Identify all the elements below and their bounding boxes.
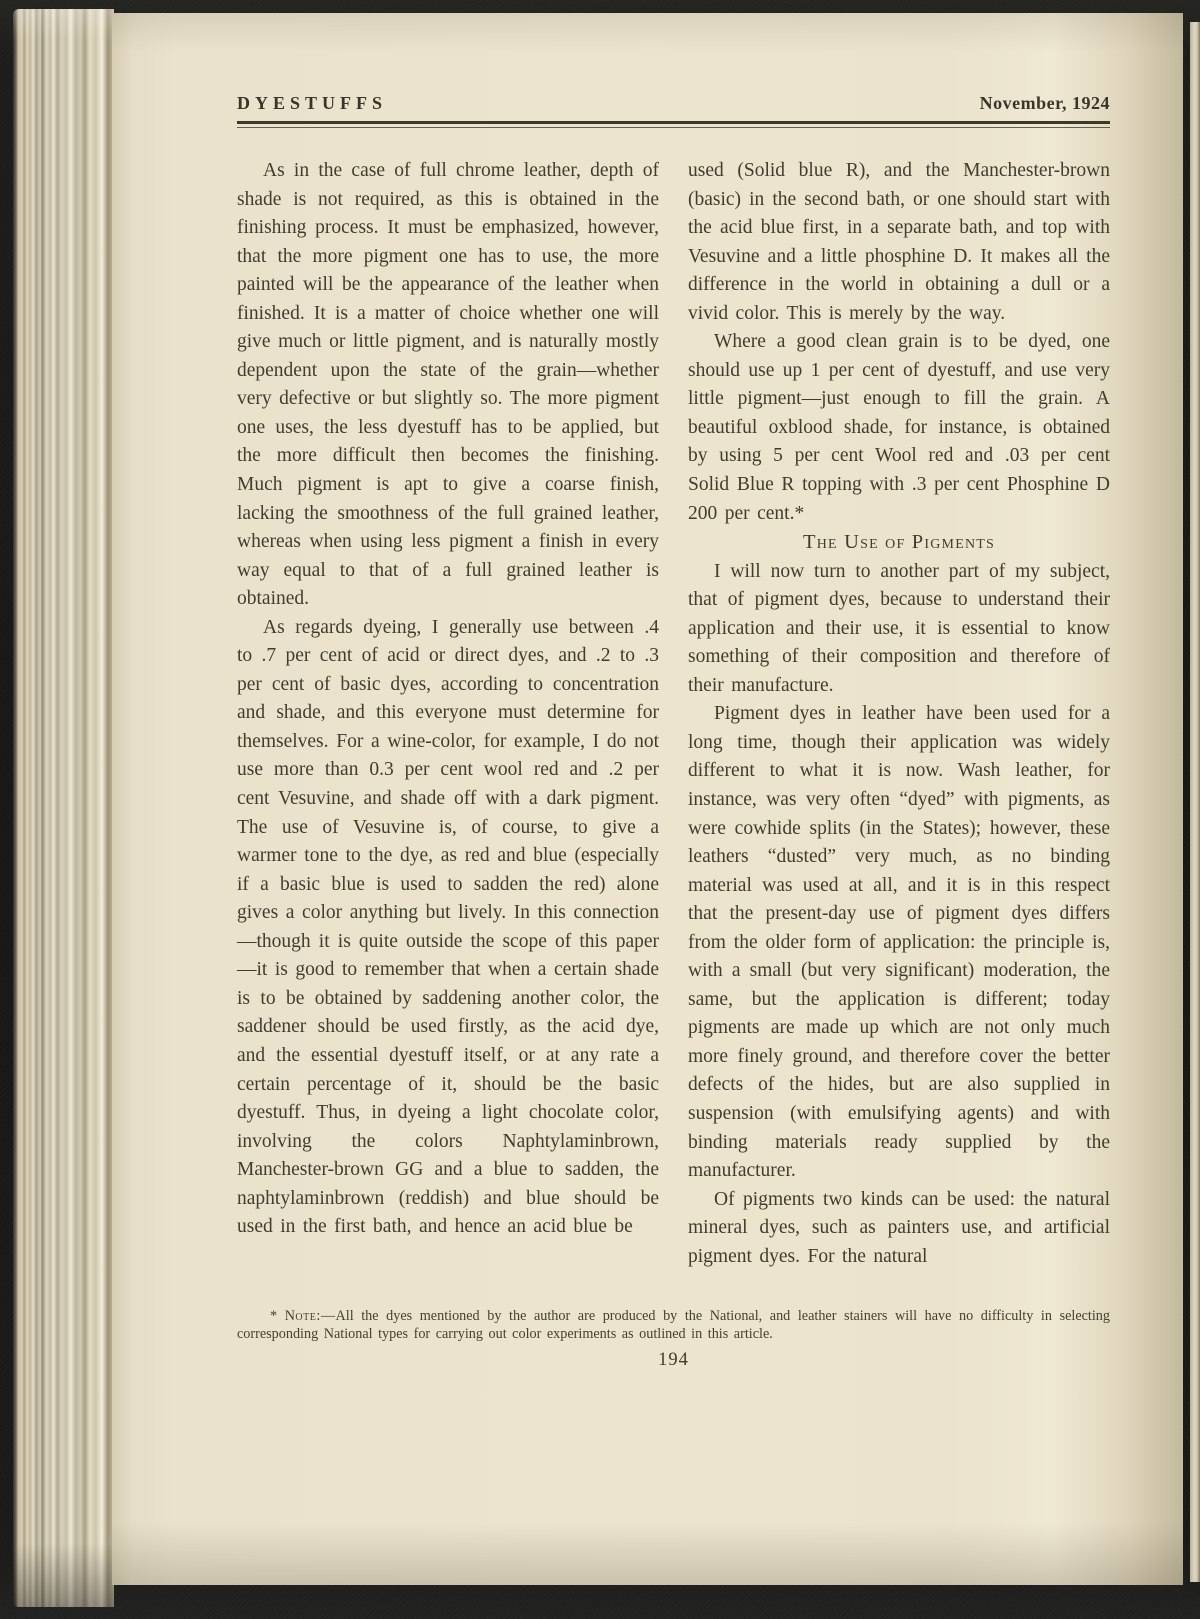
- footnote-marker: *: [270, 1308, 285, 1324]
- header-rule-thick: [237, 121, 1110, 124]
- facing-page-edge: [1190, 22, 1200, 1582]
- header-rule-thin: [237, 127, 1110, 129]
- journal-title: DYESTUFFS: [237, 93, 387, 114]
- body-paragraph: As in the case of full chrome leather, d…: [237, 157, 659, 614]
- text-columns: As in the case of full chrome leather, d…: [237, 157, 1110, 1271]
- body-paragraph: Where a good clean grain is to be dyed, …: [688, 328, 1110, 528]
- body-paragraph: As regards dyeing, I generally use betwe…: [237, 614, 659, 1242]
- column-left: As in the case of full chrome leather, d…: [237, 157, 659, 1271]
- footnote-label: Note:—: [285, 1308, 336, 1324]
- page-header: DYESTUFFS November, 1924: [237, 93, 1110, 114]
- body-paragraph: used (Solid blue R), and the Manchester-…: [688, 157, 1110, 328]
- body-paragraph: Pigment dyes in leather have been used f…: [688, 700, 1110, 1185]
- page-edge-stack: [13, 9, 114, 1607]
- body-paragraph: I will now turn to another part of my su…: [688, 558, 1110, 701]
- issue-date: November, 1924: [980, 93, 1110, 114]
- section-heading: The Use of Pigments: [688, 529, 1110, 556]
- column-right: used (Solid blue R), and the Manchester-…: [688, 157, 1110, 1271]
- footnote: * Note:—All the dyes mentioned by the au…: [237, 1308, 1110, 1343]
- page-number: 194: [237, 1350, 1110, 1371]
- book-scan: DYESTUFFS November, 1924 As in the case …: [0, 0, 1200, 1619]
- magazine-page: DYESTUFFS November, 1924 As in the case …: [112, 13, 1183, 1585]
- body-paragraph: Of pigments two kinds can be used: the n…: [688, 1186, 1110, 1272]
- footnote-text: All the dyes mentioned by the author are…: [237, 1308, 1110, 1342]
